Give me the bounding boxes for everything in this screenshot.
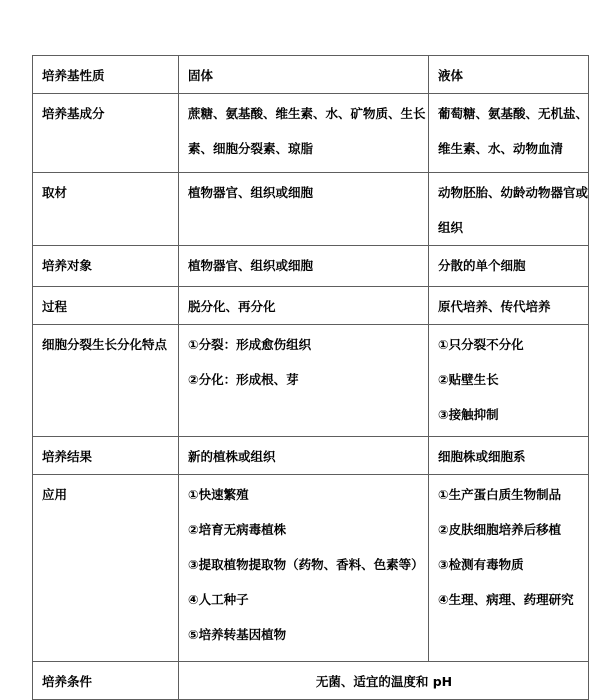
liquid-column-cell: ①生产蛋白质生物制品 ②皮肤细胞培养后移植 ③检测有毒物质 ④生理、病理、药理研… [429,475,589,662]
table-row: 培养结果 新的植株或组织 细胞株或细胞系 [33,437,589,475]
liquid-column-cell: ①只分裂不分化 ②贴壁生长 ③接触抑制 [429,325,589,437]
solid-column-cell: 植物器官、组织或细胞 [179,246,429,287]
solid-column-cell: ①分裂：形成愈伤组织 ②分化：形成根、芽 [179,325,429,437]
liquid-column-cell: 动物胚胎、幼龄动物器官或 组织 [429,173,589,246]
culture-comparison-table: 培养基性质 固体 液体 培养基成分 蔗糖、氨基酸、维生素、水、矿物质、生长 素、… [32,55,589,700]
liquid-column-cell: 液体 [429,56,589,94]
footer-label-cell: 培养条件 [33,662,179,700]
solid-column-cell: ①快速繁殖 ②培育无病毒植株 ③提取植物提取物（药物、香料、色素等） ④人工种子… [179,475,429,662]
row-label-cell: 取材 [33,173,179,246]
row-label-cell: 应用 [33,475,179,662]
footer-value-cell: 无菌、适宜的温度和 pH [179,662,589,700]
row-label-cell: 细胞分裂生长分化特点 [33,325,179,437]
solid-column-cell: 植物器官、组织或细胞 [179,173,429,246]
table-row: 取材 植物器官、组织或细胞 动物胚胎、幼龄动物器官或 组织 [33,173,589,246]
row-label-cell: 培养基性质 [33,56,179,94]
table-row: 培养条件 无菌、适宜的温度和 pH [33,662,589,700]
liquid-column-cell: 原代培养、传代培养 [429,287,589,325]
row-label-cell: 培养基成分 [33,94,179,173]
liquid-column-cell: 细胞株或细胞系 [429,437,589,475]
table-row: 培养对象 植物器官、组织或细胞 分散的单个细胞 [33,246,589,287]
liquid-column-cell: 葡萄糖、氨基酸、无机盐、 维生素、水、动物血清 [429,94,589,173]
liquid-column-cell: 分散的单个细胞 [429,246,589,287]
document-page: 培养基性质 固体 液体 培养基成分 蔗糖、氨基酸、维生素、水、矿物质、生长 素、… [0,0,608,700]
table-row: 应用 ①快速繁殖 ②培育无病毒植株 ③提取植物提取物（药物、香料、色素等） ④人… [33,475,589,662]
table-row: 培养基成分 蔗糖、氨基酸、维生素、水、矿物质、生长 素、细胞分裂素、琼脂 葡萄糖… [33,94,589,173]
table-row: 过程 脱分化、再分化 原代培养、传代培养 [33,287,589,325]
solid-column-cell: 脱分化、再分化 [179,287,429,325]
table-row: 细胞分裂生长分化特点 ①分裂：形成愈伤组织 ②分化：形成根、芽 ①只分裂不分化 … [33,325,589,437]
table-row: 培养基性质 固体 液体 [33,56,589,94]
solid-column-cell: 固体 [179,56,429,94]
row-label-cell: 培养对象 [33,246,179,287]
row-label-cell: 过程 [33,287,179,325]
solid-column-cell: 新的植株或组织 [179,437,429,475]
row-label-cell: 培养结果 [33,437,179,475]
solid-column-cell: 蔗糖、氨基酸、维生素、水、矿物质、生长 素、细胞分裂素、琼脂 [179,94,429,173]
